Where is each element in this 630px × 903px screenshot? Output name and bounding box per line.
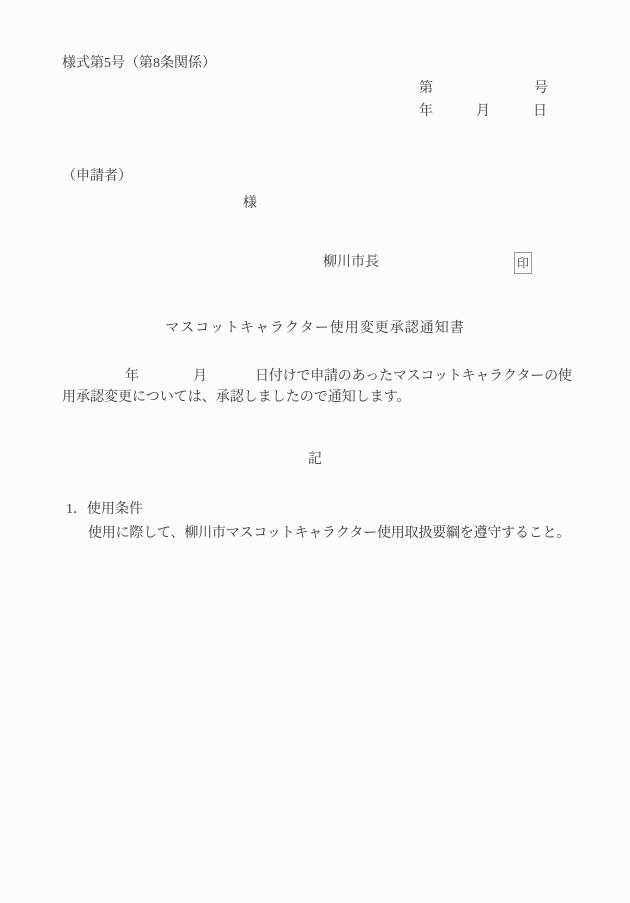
document-page: 様式第5号（第8条関係） 第 号 年 月 日 （申請者） 様 柳川市長 印 マス… bbox=[0, 0, 630, 903]
document-title: マスコットキャラクター使用変更承認通知書 bbox=[0, 322, 630, 336]
seal-character: 印 bbox=[517, 257, 529, 269]
record-heading: 記 bbox=[0, 453, 630, 467]
applicant-label: （申請者） bbox=[62, 170, 132, 184]
header-date-year: 年 bbox=[419, 105, 433, 119]
issuer-name: 柳川市長 bbox=[323, 256, 379, 270]
condition-item-label: 1．使用条件 bbox=[66, 503, 143, 517]
header-date-day: 日 bbox=[533, 105, 547, 119]
body-date-month: 月 bbox=[193, 370, 207, 384]
addressee-honorific: 様 bbox=[243, 197, 257, 211]
condition-item-detail: 使用に際して、柳川市マスコットキャラクター使用取扱要綱を遵守すること。 bbox=[88, 527, 570, 541]
header-date-month: 月 bbox=[476, 105, 490, 119]
form-number: 様式第5号（第8条関係） bbox=[62, 57, 216, 71]
body-date-year: 年 bbox=[125, 370, 139, 384]
doc-number-prefix: 第 bbox=[419, 82, 433, 96]
body-line-1-text: 日付けで申請のあったマスコットキャラクターの使 bbox=[255, 370, 572, 384]
body-line-2: 用承認変更については、承認しましたので通知します。 bbox=[62, 391, 411, 405]
doc-number-suffix: 号 bbox=[534, 82, 548, 96]
seal-box: 印 bbox=[514, 252, 532, 274]
